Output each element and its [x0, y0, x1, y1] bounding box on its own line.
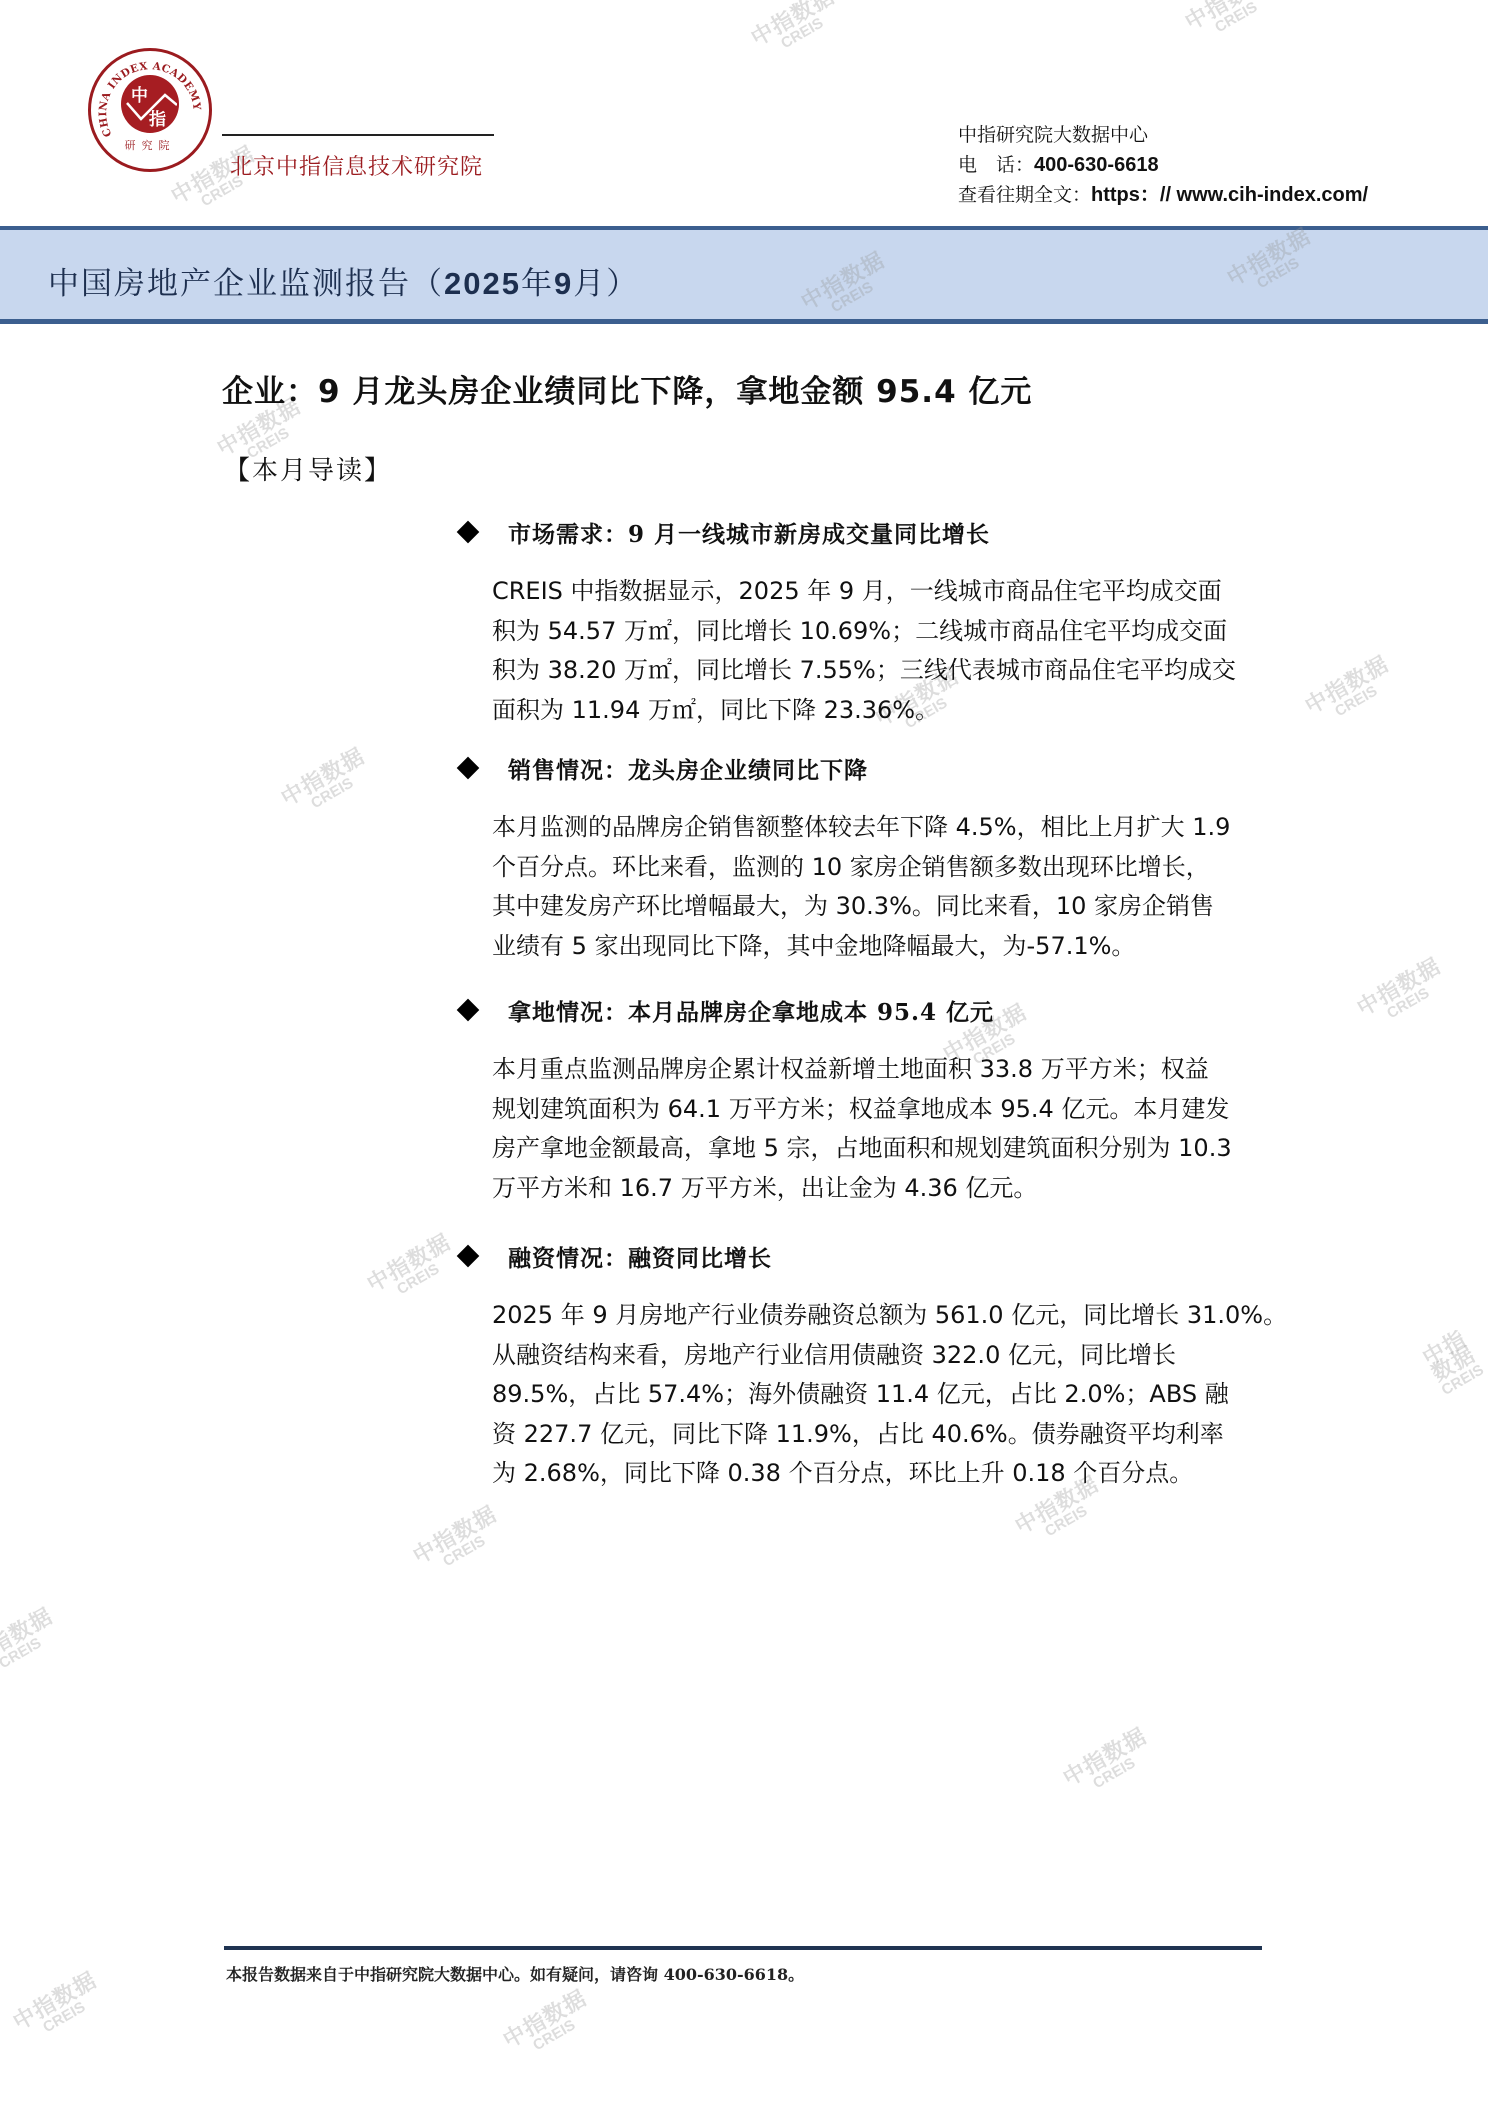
archive-link[interactable]: https：// www.cih-index.com/ [1091, 184, 1368, 206]
footer-note: 本报告数据来自于中指研究院大数据中心。如有疑问，请咨询 400-630-6618… [226, 1962, 804, 1985]
diamond-bullet-icon [457, 1245, 480, 1268]
phone-number: 400-630-6618 [1034, 154, 1159, 176]
watermark: 中指数据CREIS [1355, 957, 1453, 1034]
watermark: 中指数据CREIS [501, 1989, 599, 2066]
section-sales: 销售情况：龙头房企业绩同比下降 本月监测的品牌房企销售额整体较去年下降 4.5%… [458, 752, 1278, 792]
archive-label: 查看往期全文： [958, 184, 1091, 206]
header-divider [222, 134, 494, 136]
phone-label: 电 话： [958, 154, 1034, 176]
footer-divider [224, 1946, 1262, 1950]
section-land-acquisition: 拿地情况：本月品牌房企拿地成本 95.4 亿元 本月重点监测品牌房企累计权益新增… [458, 994, 1278, 1034]
institute-name: 北京中指信息技术研究院 [230, 150, 483, 181]
page-title: 企业：9 月龙头房企业绩同比下降，拿地金额 95.4 亿元 [222, 366, 1032, 411]
report-title: 中国房地产企业监测报告（2025年9月） [48, 258, 639, 303]
watermark: 中指数据CREIS [365, 1233, 463, 1310]
china-index-academy-logo: CHINA INDEX ACADEMY 中 指 研究院 [88, 48, 212, 172]
logo-char-2: 指 [149, 105, 166, 130]
section-title: 市场需求：9 月一线城市新房成交量同比增长 [508, 516, 990, 549]
phone-line: 电 话：400-630-6618 [958, 150, 1368, 180]
section-paragraph: CREIS 中指数据显示，2025 年 9 月，一线城市商品住宅平均成交面 积为… [492, 572, 1282, 730]
watermark: 中指数据CREIS [11, 1971, 109, 2048]
section-paragraph: 2025 年 9 月房地产行业债券融资总额为 561.0 亿元，同比增长 31.… [492, 1296, 1282, 1494]
section-market-demand: 市场需求：9 月一线城市新房成交量同比增长 CREIS 中指数据显示，2025 … [458, 516, 1278, 556]
logo-bottom-text: 研究院 [91, 137, 209, 153]
contact-block: 中指研究院大数据中心 电 话：400-630-6618 查看往期全文：https… [958, 120, 1368, 210]
section-title: 拿地情况：本月品牌房企拿地成本 95.4 亿元 [508, 994, 994, 1027]
watermark: 中指数据CREIS [1411, 1325, 1488, 1406]
section-financing: 融资情况：融资同比增长 2025 年 9 月房地产行业债券融资总额为 561.0… [458, 1240, 1278, 1280]
section-paragraph: 本月重点监测品牌房企累计权益新增土地面积 33.8 万平方米；权益 规划建筑面积… [492, 1050, 1282, 1208]
section-paragraph: 本月监测的品牌房企销售额整体较去年下降 4.5%，相比上月扩大 1.9 个百分点… [492, 808, 1282, 966]
logo-emblem: 中 指 [121, 75, 179, 133]
section-title: 融资情况：融资同比增长 [508, 1240, 772, 1273]
watermark: 中指数据CREIS [1303, 655, 1401, 732]
diamond-bullet-icon [457, 757, 480, 780]
data-center-name: 中指研究院大数据中心 [958, 120, 1368, 150]
section-label-monthly-guide: 【本月导读】 [224, 450, 392, 487]
watermark: 中指数据CREIS [411, 1505, 509, 1582]
watermark: 中指数据CREIS [0, 1607, 65, 1684]
watermark: 中指数据CREIS [1061, 1727, 1159, 1804]
watermark: 中指数据CREIS [279, 747, 377, 824]
watermark: 中指数据CREIS [749, 0, 847, 65]
report-title-banner: 中国房地产企业监测报告（2025年9月） [0, 226, 1488, 324]
diamond-bullet-icon [457, 999, 480, 1022]
section-title: 销售情况：龙头房企业绩同比下降 [508, 752, 868, 785]
archive-line: 查看往期全文：https：// www.cih-index.com/ [958, 180, 1368, 210]
diamond-bullet-icon [457, 521, 480, 544]
watermark: 中指数据CREIS [1183, 0, 1281, 49]
